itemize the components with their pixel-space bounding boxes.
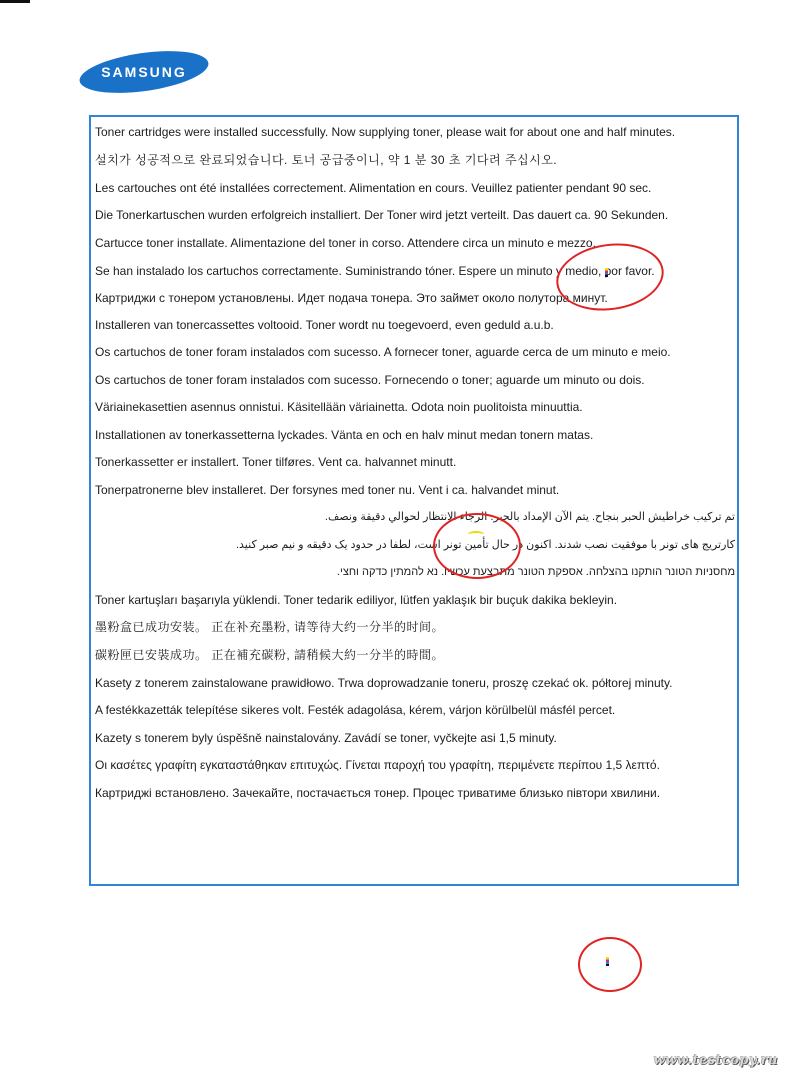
message-line-ko: 설치가 성공적으로 완료되었습니다. 토너 공급중이니, 약 1 분 30 초 …: [95, 153, 557, 167]
message-line-it: Cartucce toner installate. Alimentazione…: [95, 236, 596, 250]
message-line-pt-pt: Os cartuchos de toner foram instalados c…: [95, 345, 671, 359]
message-line-el: Οι κασέτες γραφίτη εγκαταστάθηκαν επιτυχ…: [95, 758, 660, 772]
logo-wordmark: SAMSUNG: [101, 64, 187, 80]
watermark: www.testcopy.ru: [654, 1053, 778, 1068]
scan-corner-mark: [0, 0, 30, 3]
message-line-he: מחסניות הטונר הותקנו בהצלחה. אספקת הטונר…: [337, 565, 735, 579]
message-line-zh-cn: 墨粉盒已成功安装。 正在补充墨粉, 请等待大约一分半的时间。: [95, 620, 444, 634]
message-line-en: Toner cartridges were installed successf…: [95, 125, 675, 139]
samsung-logo: SAMSUNG: [78, 50, 210, 94]
annotation-circle-lower: [578, 937, 642, 992]
message-line-ru: Картриджи с тонером установлены. Идет по…: [95, 291, 608, 305]
message-line-no: Tonerkassetter er installert. Toner tilf…: [95, 455, 456, 469]
message-line-uk: Картриджі встановлено. Зачекайте, постач…: [95, 786, 660, 800]
toner-defect-dot: [606, 957, 609, 966]
message-line-de: Die Tonerkartuschen wurden erfolgreich i…: [95, 208, 668, 222]
message-line-zh-tw: 碳粉匣已安裝成功。 正在補充碳粉, 請稍候大約一分半的時間。: [95, 648, 444, 662]
message-line-ar: تم تركيب خراطيش الحبر بنجاح. يتم الآن ال…: [325, 510, 735, 524]
message-line-pl: Kasety z tonerem zainstalowane prawidłow…: [95, 676, 672, 690]
message-line-da: Tonerpatronerne blev installeret. Der fo…: [95, 483, 559, 497]
message-line-tr: Toner kartuşları başarıyla yüklendi. Ton…: [95, 593, 617, 607]
message-line-hu: A festékkazetták telepítése sikeres volt…: [95, 703, 615, 717]
message-line-nl: Installeren van tonercassettes voltooid.…: [95, 318, 554, 332]
message-line-pt-br: Os cartuchos de toner foram instalados c…: [95, 373, 645, 387]
toner-defect-dot: [605, 268, 608, 277]
toner-defect-yellow: [468, 531, 484, 538]
message-line-fr: Les cartouches ont été installées correc…: [95, 181, 651, 195]
message-line-cs: Kazety s tonerem byly úspěšně nainstalov…: [95, 731, 557, 745]
annotation-circle-persian: [433, 513, 521, 579]
message-line-sv: Installationen av tonerkassetterna lycka…: [95, 428, 593, 442]
message-line-fi: Väriainekasettien asennus onnistui. Käsi…: [95, 400, 583, 414]
